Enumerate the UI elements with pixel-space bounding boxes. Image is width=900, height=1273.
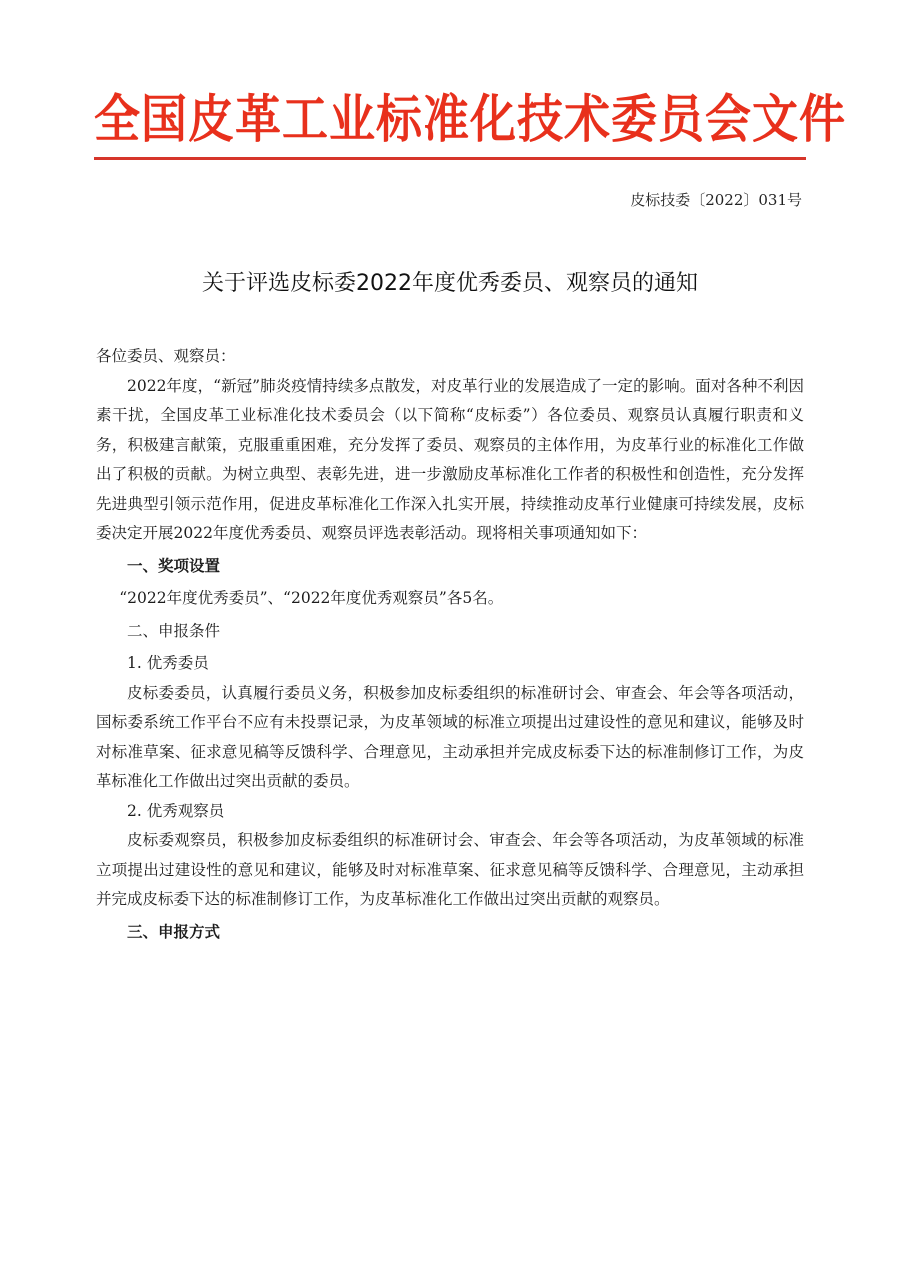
document-page: 全国皮革工业标准化技术委员会文件 皮标技委〔2022〕031号 关于评选皮标委2… [0,0,900,1273]
awards-paragraph: “2022年度优秀委员”、“2022年度优秀观察员”各5名。 [96,584,804,614]
document-title: 关于评选皮标委2022年度优秀委员、观察员的通知 [0,266,900,302]
document-body: 各位委员、观察员： 2022年度，“新冠”肺炎疫情持续多点散发，对皮革行业的发展… [96,342,804,947]
section-heading-criteria: 二、申报条件 [96,617,804,647]
letterhead-red-rule [94,157,806,160]
section-heading-application-method: 三、申报方式 [96,918,804,948]
section-heading-awards: 一、奖项设置 [96,552,804,582]
subsection-heading-excellent-observer: 2. 优秀观察员 [96,797,804,827]
document-number: 皮标技委〔2022〕031号 [630,188,802,212]
intro-paragraph: 2022年度，“新冠”肺炎疫情持续多点散发，对皮革行业的发展造成了一定的影响。面… [96,372,804,549]
letterhead-title: 全国皮革工业标准化技术委员会文件 [94,82,806,156]
excellent-observer-criteria: 皮标委观察员，积极参加皮标委组织的标准研讨会、审查会、年会等各项活动，为皮革领域… [96,826,804,915]
excellent-member-criteria: 皮标委委员，认真履行委员义务，积极参加皮标委组织的标准研讨会、审查会、年会等各项… [96,679,804,797]
salutation: 各位委员、观察员： [96,342,804,372]
subsection-heading-excellent-member: 1. 优秀委员 [96,649,804,679]
